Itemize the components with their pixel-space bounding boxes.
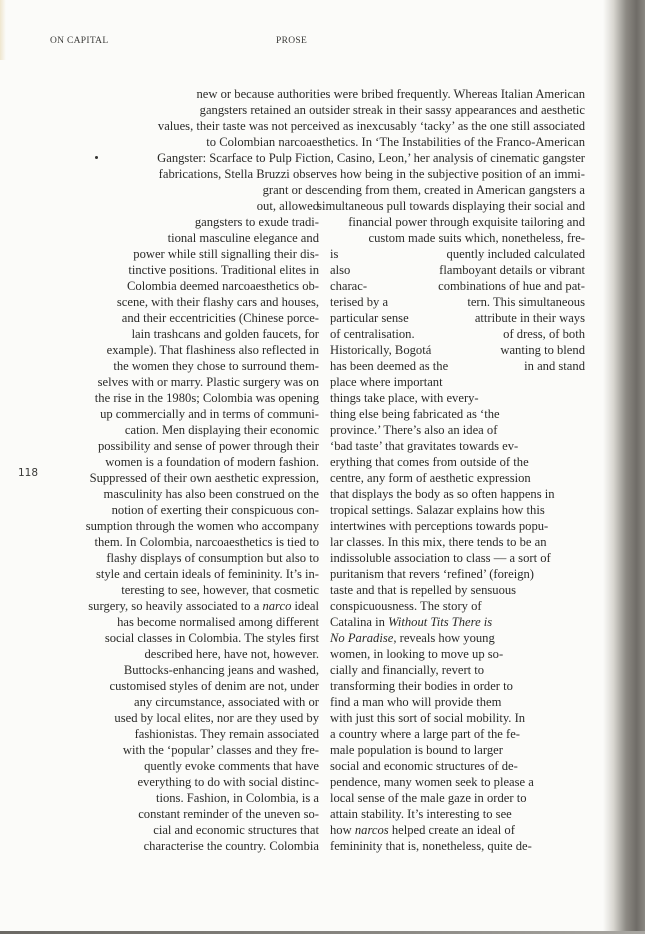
margin-mark bbox=[95, 156, 98, 159]
text-line: simultaneous pull towards displaying the… bbox=[317, 198, 585, 214]
text-line: characterise the country. Colombia bbox=[144, 838, 319, 854]
text-line: cial and economic structures that bbox=[153, 822, 319, 838]
text-line: is bbox=[330, 246, 338, 262]
text-line: quently included calculated bbox=[447, 246, 585, 262]
text-line: constant reminder of the uneven so- bbox=[138, 806, 319, 822]
book-gutter-shadow bbox=[603, 0, 645, 934]
text-line: place where important bbox=[330, 374, 443, 390]
text-line: financial power through exquisite tailor… bbox=[348, 214, 585, 230]
text-line: women is a foundation of modern fashion. bbox=[105, 454, 319, 470]
text-line: conspicuousness. The story of bbox=[330, 598, 482, 614]
book-page: ON CAPITAL PROSE 118 new or because auth… bbox=[0, 0, 645, 934]
text-line: has been deemed as the bbox=[330, 358, 448, 374]
text-line: a country where a large part of the fe- bbox=[330, 726, 520, 742]
text-line: combinations of hue and pat- bbox=[438, 278, 585, 294]
text-line: them. In Colombia, narcoaesthetics is ti… bbox=[94, 534, 319, 550]
text-line: with the ‘popular’ classes and they fre- bbox=[123, 742, 319, 758]
text-line: also bbox=[330, 262, 350, 278]
text-line: puritanism that revers ‘refined’ (foreig… bbox=[330, 566, 534, 582]
text-line: charac- bbox=[330, 278, 367, 294]
text-line: scene, with their flashy cars and houses… bbox=[117, 294, 319, 310]
text-line: tropical settings. Salazar explains how … bbox=[330, 502, 545, 518]
text-line: used by local elites, nor are they used … bbox=[114, 710, 319, 726]
text-line: quently evoke comments that have bbox=[144, 758, 319, 774]
text-line: custom made suits which, nonetheless, fr… bbox=[369, 230, 586, 246]
page-edge-left bbox=[0, 0, 6, 60]
text-line: women, in looking to move up so- bbox=[330, 646, 503, 662]
text-line: lain trashcans and golden faucets, for bbox=[132, 326, 319, 342]
text-line: terised by a bbox=[330, 294, 388, 310]
text-line: Historically, Bogotá bbox=[330, 342, 431, 358]
text-line: pendence, many women seek to please a bbox=[330, 774, 534, 790]
text-line: male population is bound to larger bbox=[330, 742, 503, 758]
text-line: gangsters to exude tradi- bbox=[195, 214, 319, 230]
text-line: out, allowed bbox=[257, 198, 319, 214]
text-line: transforming their bodies in order to bbox=[330, 678, 513, 694]
text-line: possibility and sense of power through t… bbox=[98, 438, 319, 454]
text-line: indissoluble association to class — a so… bbox=[330, 550, 551, 566]
text-line: Buttocks-enhancing jeans and washed, bbox=[124, 662, 319, 678]
text-line: femininity that is, nonetheless, quite d… bbox=[330, 838, 532, 854]
text-line: tern. This simultaneous bbox=[467, 294, 585, 310]
text-line: the women they chose to surround them- bbox=[113, 358, 319, 374]
text-line: sumption through the women who accompany bbox=[86, 518, 319, 534]
text-line: Catalina in Without Tits There is bbox=[330, 614, 492, 630]
text-line: gangsters retained an outsider streak in… bbox=[200, 102, 585, 118]
running-head-left: ON CAPITAL bbox=[50, 36, 108, 46]
text-line: any circumstance, associated with or bbox=[134, 694, 319, 710]
text-line: how narcos helped create an ideal of bbox=[330, 822, 515, 838]
text-line: attribute in their ways bbox=[475, 310, 585, 326]
text-line: with just this sort of social mobility. … bbox=[330, 710, 525, 726]
text-line: taste and that is repelled by sensuous bbox=[330, 582, 516, 598]
text-line: surgery, so heavily associated to a narc… bbox=[88, 598, 319, 614]
text-line: style and certain ideals of femininity. … bbox=[96, 566, 319, 582]
text-line: centre, any form of aesthetic expression bbox=[330, 470, 531, 486]
text-line: has become normalised among different bbox=[117, 614, 319, 630]
text-line: grant or descending from them, created i… bbox=[263, 182, 585, 198]
text-line: up commercially and in terms of communi- bbox=[100, 406, 319, 422]
text-line: example). That flashiness also reflected… bbox=[107, 342, 319, 358]
text-line: erything that comes from outside of the bbox=[330, 454, 529, 470]
text-line: flamboyant details or vibrant bbox=[439, 262, 585, 278]
text-line: everything to do with social distinc- bbox=[137, 774, 319, 790]
text-line: ‘bad taste’ that gravitates towards ev- bbox=[330, 438, 518, 454]
page-number: 118 bbox=[18, 467, 38, 479]
running-head-center: PROSE bbox=[276, 36, 307, 46]
text-line: cation. Men displaying their economic bbox=[125, 422, 319, 438]
text-line: of centralisation. bbox=[330, 326, 415, 342]
text-line: social classes in Colombia. The styles f… bbox=[105, 630, 319, 646]
text-line: values, their taste was not perceived as… bbox=[158, 118, 585, 134]
text-line: power while still signalling their dis- bbox=[133, 246, 319, 262]
text-line: to Colombian narcoaesthetics. In ‘The In… bbox=[206, 134, 585, 150]
text-line: and their eccentricities (Chinese porce- bbox=[122, 310, 319, 326]
text-line: province.’ There’s also an idea of bbox=[330, 422, 497, 438]
text-line: cially and financially, revert to bbox=[330, 662, 484, 678]
text-line: customised styles of denim are not, unde… bbox=[109, 678, 319, 694]
text-line: intertwines with perceptions towards pop… bbox=[330, 518, 548, 534]
text-line: that displays the body as so often happe… bbox=[330, 486, 555, 502]
text-line: new or because authorities were bribed f… bbox=[197, 86, 586, 102]
text-line: Suppressed of their own aesthetic expres… bbox=[90, 470, 319, 486]
text-line: attain stability. It’s interesting to se… bbox=[330, 806, 512, 822]
text-line: tinctive positions. Traditional elites i… bbox=[128, 262, 319, 278]
text-line: fashionistas. They remain associated bbox=[135, 726, 319, 742]
text-line: lar classes. In this mix, there tends to… bbox=[330, 534, 547, 550]
text-line: flashy displays of consumption but also … bbox=[106, 550, 319, 566]
text-line: tional masculine elegance and bbox=[168, 230, 319, 246]
text-line: things take place, with every- bbox=[330, 390, 479, 406]
text-line: the rise in the 1980s; Colombia was open… bbox=[95, 390, 319, 406]
text-line: local sense of the male gaze in order to bbox=[330, 790, 527, 806]
text-line: particular sense bbox=[330, 310, 409, 326]
text-line: in and stand bbox=[524, 358, 585, 374]
text-line: Gangster: Scarface to Pulp Fiction, Casi… bbox=[157, 150, 585, 166]
text-line: wanting to blend bbox=[500, 342, 585, 358]
text-line: thing else being fabricated as ‘the bbox=[330, 406, 500, 422]
text-line: find a man who will provide them bbox=[330, 694, 501, 710]
text-line: selves with or marry. Plastic surgery wa… bbox=[98, 374, 319, 390]
text-line: described here, have not, however. bbox=[145, 646, 320, 662]
text-line: teresting to see, however, that cosmetic bbox=[121, 582, 319, 598]
text-line: Colombia deemed narcoaesthetics ob- bbox=[127, 278, 319, 294]
text-line: notion of exerting their conspicuous con… bbox=[112, 502, 319, 518]
text-line: masculinity has also been construed on t… bbox=[104, 486, 319, 502]
text-line: of dress, of both bbox=[503, 326, 585, 342]
text-line: tions. Fashion, in Colombia, is a bbox=[156, 790, 319, 806]
text-line: fabrications, Stella Bruzzi observes how… bbox=[159, 166, 585, 182]
text-line: No Paradise, reveals how young bbox=[330, 630, 495, 646]
text-line: social and economic structures of de- bbox=[330, 758, 518, 774]
